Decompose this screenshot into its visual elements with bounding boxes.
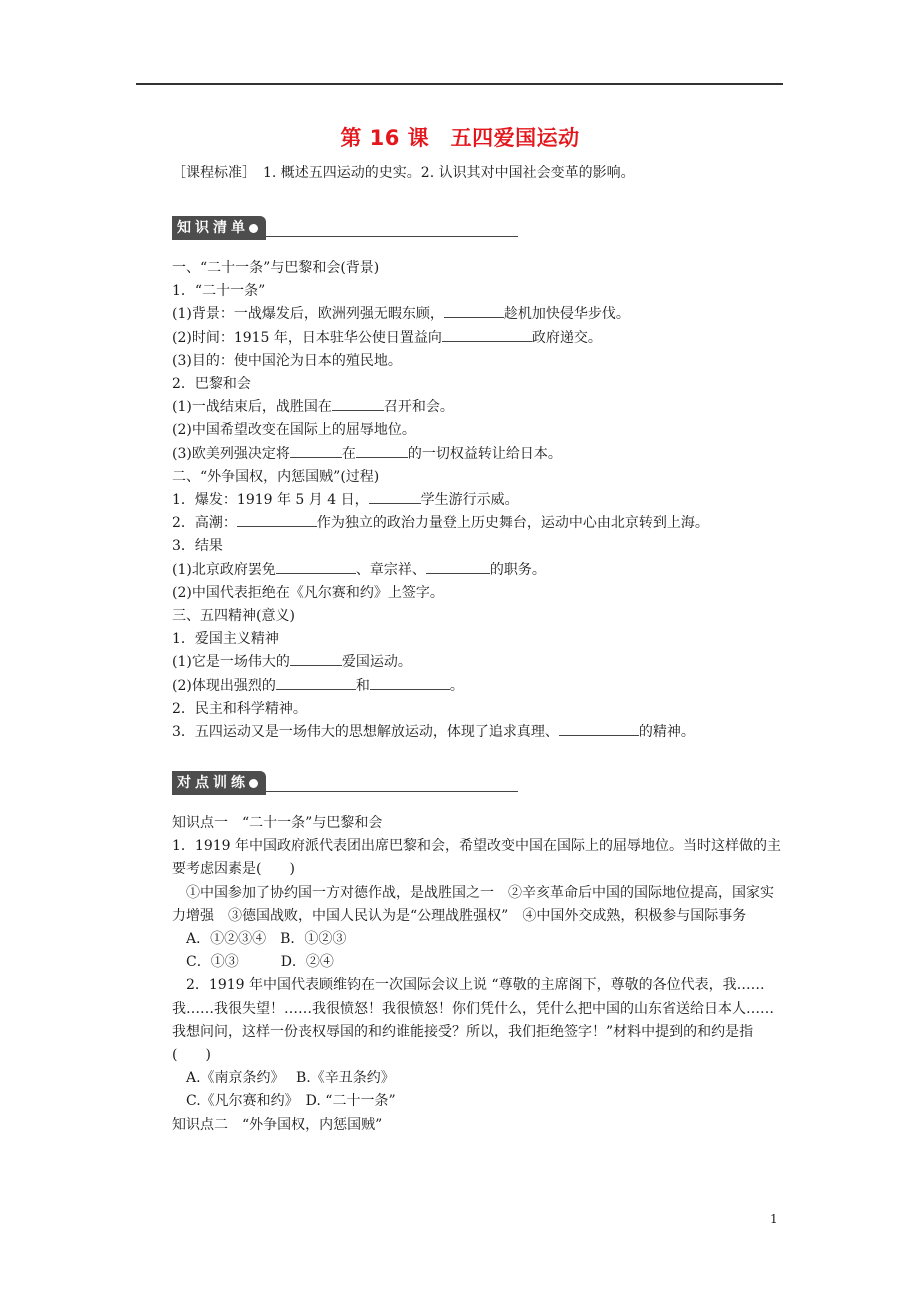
line-text: (1)它是一场伟大的	[172, 654, 290, 670]
knowledge-line: 三、五四精神(意义)	[172, 605, 792, 628]
knowledge-line: (1)它是一场伟大的爱国运动。	[172, 651, 792, 674]
knowledge-line: (2)体现出强烈的和。	[172, 675, 792, 698]
fill-in-blank[interactable]	[356, 443, 408, 458]
page-title: 第 16 课 五四爱国运动	[0, 122, 920, 152]
banner-label: 对点训练	[172, 771, 266, 795]
fill-in-blank[interactable]	[444, 303, 504, 318]
fill-in-blank[interactable]	[559, 721, 639, 736]
question-1-stem: 1．1919 年中国政府派代表团出席巴黎和会，希望改变中国在国际上的屈辱地位。当…	[172, 835, 784, 881]
knowledge-line: 3．结果	[172, 535, 792, 558]
knowledge-line: 3．五四运动又是一场伟大的思想解放运动，体现了追求真理、的精神。	[172, 721, 792, 744]
practice-section: 知识点一 “二十一条”与巴黎和会 1．1919 年中国政府派代表团出席巴黎和会，…	[172, 812, 784, 1137]
knowledge-line: 1．爱国主义精神	[172, 628, 792, 651]
line-text: 1．“二十一条”	[172, 283, 265, 299]
line-text: 的一切权益转让给日本。	[408, 446, 562, 462]
line-text: 2．高潮：	[172, 515, 237, 531]
question-2-options-ab: A.《南京条约》 B.《辛丑条约》	[172, 1067, 784, 1090]
line-text: (1)背景：一战爆发后，欧洲列强无暇东顾，	[172, 306, 444, 322]
line-text: 2．民主和科学精神。	[172, 701, 307, 717]
line-text: 二、“外争国权，内惩国贼”(过程)	[172, 469, 379, 485]
knowledge-line: (2)中国希望改变在国际上的屈辱地位。	[172, 419, 792, 442]
knowledge-line: 2．巴黎和会	[172, 373, 792, 396]
question-1-options-cd: C．①③ D．②④	[172, 951, 784, 974]
knowledge-line: 1．爆发：1919 年 5 月 4 日，学生游行示威。	[172, 489, 792, 512]
question-1-statements: ①中国参加了协约国一方对德作战，是战胜国之一 ②辛亥革命后中国的国际地位提高，国…	[172, 882, 784, 928]
line-text: (3)目的：使中国沦为日本的殖民地。	[172, 353, 402, 369]
curriculum-standard: ［课程标准］ 1. 概述五四运动的史实。2. 认识其对中国社会变革的影响。	[172, 162, 635, 182]
line-text: 的职务。	[490, 562, 546, 578]
knowledge-line: (2)中国代表拒绝在《凡尔赛和约》上签字。	[172, 582, 792, 605]
knowledge-line: (1)一战结束后，战胜国在召开和会。	[172, 396, 792, 419]
fill-in-blank[interactable]	[370, 675, 450, 690]
line-text: 趁机加快侵华步伐。	[504, 306, 630, 322]
line-text: (2)时间：1915 年，日本驻华公使日置益向	[172, 330, 442, 346]
line-text: (2)中国代表拒绝在《凡尔赛和约》上签字。	[172, 585, 444, 601]
knowledge-line: 2．民主和科学精神。	[172, 698, 792, 721]
line-text: 一、“二十一条”与巴黎和会(背景)	[172, 260, 379, 276]
line-text: 1．爱国主义精神	[172, 631, 279, 647]
line-text: 学生游行示威。	[421, 492, 519, 508]
question-2-options-cd: C.《凡尔赛和约》 D. “二十一条”	[172, 1090, 784, 1113]
knowledge-point-heading: 知识点一 “二十一条”与巴黎和会	[172, 812, 784, 835]
section-banner-knowledge-list: 知识清单	[172, 216, 518, 240]
knowledge-line: (3)欧美列强决定将在的一切权益转让给日本。	[172, 443, 792, 466]
fill-in-blank[interactable]	[237, 512, 317, 527]
banner-text: 对点训练	[177, 771, 249, 795]
fill-in-blank[interactable]	[276, 559, 356, 574]
line-text: 政府递交。	[532, 330, 602, 346]
knowledge-line: 2．高潮：作为独立的政治力量登上历史舞台，运动中心由北京转到上海。	[172, 512, 792, 535]
fill-in-blank[interactable]	[290, 443, 342, 458]
section-banner-practice: 对点训练	[172, 771, 518, 795]
line-text: 作为独立的政治力量登上历史舞台，运动中心由北京转到上海。	[317, 515, 709, 531]
line-text: 和	[356, 678, 370, 694]
question-2-stem: 2．1919 年中国代表顾维钧在一次国际会议上说 “尊敬的主席阁下，尊敬的各位代…	[172, 974, 784, 1067]
line-text: 3．五四运动又是一场伟大的思想解放运动，体现了追求真理、	[172, 724, 559, 740]
line-text: (1)北京政府罢免	[172, 562, 276, 578]
dot-icon	[249, 779, 258, 788]
fill-in-blank[interactable]	[290, 651, 342, 666]
line-text: 3．结果	[172, 538, 223, 554]
banner-text: 知识清单	[177, 216, 249, 240]
banner-rule	[266, 236, 518, 237]
banner-label: 知识清单	[172, 216, 266, 240]
dot-icon	[249, 224, 258, 233]
line-text: 爱国运动。	[342, 654, 412, 670]
question-1-options-ab: A．①②③④ B．①②③	[172, 928, 784, 951]
fill-in-blank[interactable]	[442, 327, 532, 342]
knowledge-list: 一、“二十一条”与巴黎和会(背景)1．“二十一条”(1)背景：一战爆发后，欧洲列…	[172, 257, 792, 744]
line-text: 。	[450, 678, 464, 694]
knowledge-line: (3)目的：使中国沦为日本的殖民地。	[172, 350, 792, 373]
fill-in-blank[interactable]	[369, 489, 421, 504]
fill-in-blank[interactable]	[332, 396, 384, 411]
page-number: 1	[770, 1212, 778, 1226]
knowledge-line: (1)北京政府罢免、章宗祥、的职务。	[172, 559, 792, 582]
line-text: (2)体现出强烈的	[172, 678, 276, 694]
line-text: 2．巴黎和会	[172, 376, 251, 392]
line-text: 、章宗祥、	[356, 562, 426, 578]
line-text: (2)中国希望改变在国际上的屈辱地位。	[172, 422, 416, 438]
knowledge-point-heading: 知识点二 “外争国权，内惩国贼”	[172, 1114, 784, 1137]
knowledge-line: (2)时间：1915 年，日本驻华公使日置益向政府递交。	[172, 327, 792, 350]
knowledge-line: (1)背景：一战爆发后，欧洲列强无暇东顾，趁机加快侵华步伐。	[172, 303, 792, 326]
fill-in-blank[interactable]	[276, 675, 356, 690]
header-rule	[136, 83, 783, 85]
knowledge-line: 二、“外争国权，内惩国贼”(过程)	[172, 466, 792, 489]
line-text: 在	[342, 446, 356, 462]
banner-rule	[266, 791, 518, 792]
line-text: 召开和会。	[384, 399, 454, 415]
fill-in-blank[interactable]	[426, 559, 490, 574]
knowledge-line: 一、“二十一条”与巴黎和会(背景)	[172, 257, 792, 280]
line-text: (3)欧美列强决定将	[172, 446, 290, 462]
line-text: 的精神。	[639, 724, 695, 740]
knowledge-line: 1．“二十一条”	[172, 280, 792, 303]
line-text: 1．爆发：1919 年 5 月 4 日，	[172, 492, 369, 508]
line-text: (1)一战结束后，战胜国在	[172, 399, 332, 415]
line-text: 三、五四精神(意义)	[172, 608, 295, 624]
